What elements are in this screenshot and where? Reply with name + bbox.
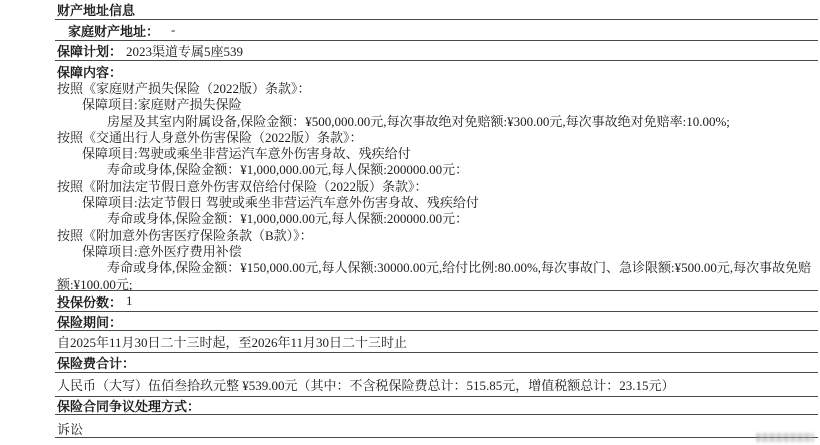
coverage-detail-line: 房屋及其室内附属设备,保险金额：¥500,000.00元,每次事故绝对免赔额:¥…	[57, 114, 818, 130]
dispute-resolution-value-row: 诉讼	[55, 415, 818, 438]
insurance-period-value: 自2025年11月30日二十三时起，至2026年11月30日二十三时止	[57, 332, 407, 351]
protection-plan-row: 保障计划： 2023渠道专属5座539	[55, 41, 818, 61]
protection-plan-label: 保障计划：	[57, 41, 122, 60]
property-address-section-row: 财产地址信息	[55, 0, 818, 20]
coverage-clause-line: 按照《交通出行人身意外伤害保险（2022版）条款》：	[57, 130, 818, 146]
property-address-section-title: 财产地址信息	[57, 0, 135, 19]
insurance-period-value-row: 自2025年11月30日二十三时起，至2026年11月30日二十三时止	[55, 331, 818, 353]
scan-smudge-decoration	[756, 433, 814, 442]
dispute-resolution-label-row: 保险合同争议处理方式：	[55, 397, 818, 415]
home-property-address-value: -	[171, 22, 175, 38]
coverage-content-label: 保障内容：	[57, 64, 818, 81]
policy-copies-label: 投保份数：	[57, 292, 122, 311]
premium-total-value: 人民币（大写）伍佰叁拾玖元整 ¥539.00元（其中：不含税保险费总计：515.…	[57, 375, 675, 394]
home-property-address-row: 家庭财产地址： -	[55, 20, 818, 41]
home-property-address-label: 家庭财产地址：	[68, 21, 159, 40]
dispute-resolution-value: 诉讼	[57, 419, 83, 438]
coverage-detail-line: 寿命或身体,保险金额：¥150,000.00元,每人保额:30000.00元,给…	[57, 260, 818, 293]
premium-total-value-row: 人民币（大写）伍佰叁拾玖元整 ¥539.00元（其中：不含税保险费总计：515.…	[55, 373, 818, 397]
coverage-item-line: 保障项目:意外医疗费用补偿	[57, 244, 818, 260]
coverage-item-line: 保障项目:法定节假日 驾驶或乘坐非营运汽车意外伤害身故、残疾给付	[57, 195, 818, 211]
coverage-content-section: 保障内容： 按照《家庭财产损失保险（2022版）条款》： 保障项目:家庭财产损失…	[55, 61, 818, 291]
insurance-period-label-row: 保险期间：	[55, 312, 818, 331]
insurance-policy-document: 财产地址信息 家庭财产地址： - 保障计划： 2023渠道专属5座539 保障内…	[0, 0, 820, 445]
coverage-clause-line: 按照《家庭财产损失保险（2022版）条款》：	[57, 81, 818, 97]
policy-copies-value: 1	[126, 293, 133, 309]
premium-total-label-row: 保险费合计：	[55, 353, 818, 373]
policy-table: 财产地址信息 家庭财产地址： - 保障计划： 2023渠道专属5座539 保障内…	[55, 0, 818, 438]
coverage-clause-line: 按照《附加意外伤害医疗保险条款（B款）》：	[57, 228, 818, 244]
insurance-period-label: 保险期间：	[57, 312, 122, 331]
coverage-clause-line: 按照《附加法定节假日意外伤害双倍给付保险（2022版）条款》：	[57, 179, 818, 195]
policy-copies-row: 投保份数： 1	[55, 291, 818, 312]
premium-total-label: 保险费合计：	[57, 353, 135, 372]
coverage-detail-line: 寿命或身体,保险金额：¥1,000,000.00元,每人保额:200000.00…	[57, 211, 818, 227]
dispute-resolution-label: 保险合同争议处理方式：	[57, 396, 200, 415]
protection-plan-value: 2023渠道专属5座539	[126, 41, 243, 60]
coverage-item-line: 保障项目:家庭财产损失保险	[57, 97, 818, 113]
coverage-item-line: 保障项目:驾驶或乘坐非营运汽车意外伤害身故、残疾给付	[57, 146, 818, 162]
coverage-detail-line: 寿命或身体,保险金额：¥1,000,000.00元,每人保额:200000.00…	[57, 162, 818, 178]
